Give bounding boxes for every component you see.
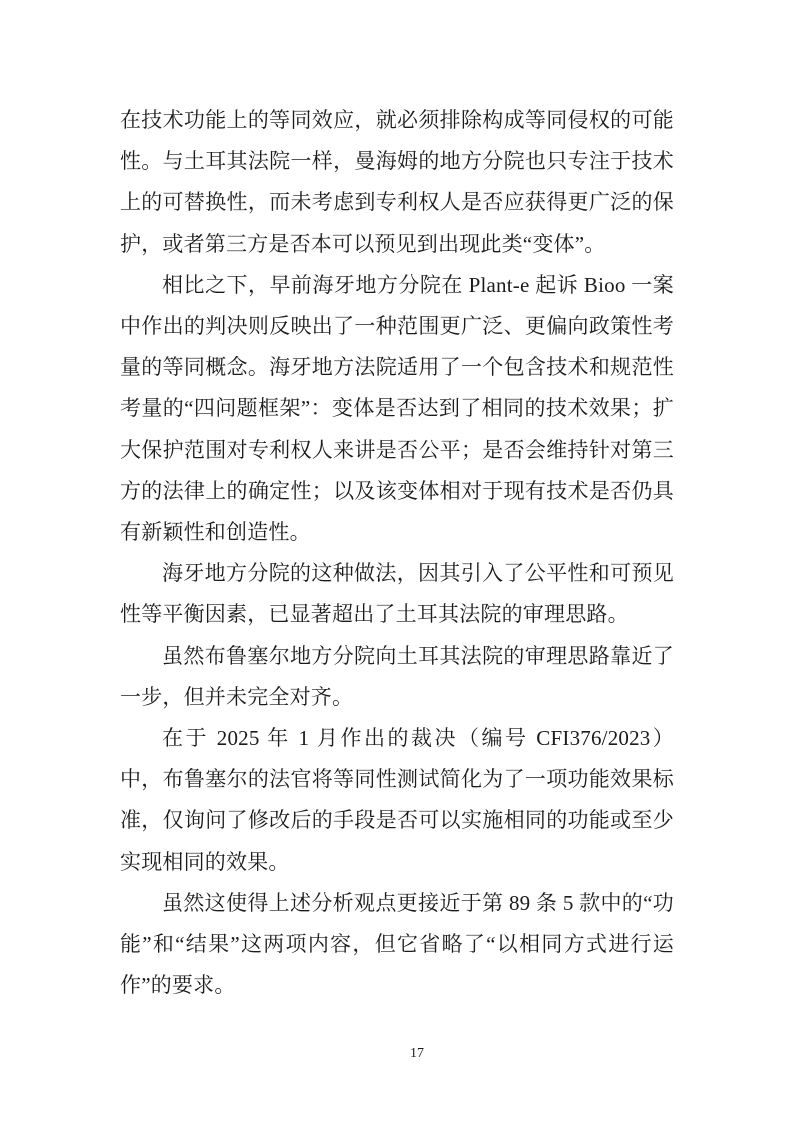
- paragraph-continuation: 在技术功能上的等同效应，就必须排除构成等同侵权的可能性。与土耳其法院一样，曼海姆…: [120, 100, 674, 265]
- page-footer: 17: [0, 1044, 793, 1062]
- paragraph: 虽然布鲁塞尔地方分院向土耳其法院的审理思路靠近了一步，但并未完全对齐。: [120, 636, 674, 718]
- document-text-block: 在技术功能上的等同效应，就必须排除构成等同侵权的可能性。与土耳其法院一样，曼海姆…: [120, 100, 674, 1006]
- document-page: 在技术功能上的等同效应，就必须排除构成等同侵权的可能性。与土耳其法院一样，曼海姆…: [0, 0, 793, 1122]
- paragraph: 在于 2025 年 1 月作出的裁决（编号 CFI376/2023）中，布鲁塞尔…: [120, 718, 674, 883]
- paragraph: 相比之下，早前海牙地方分院在 Plant-e 起诉 Bioo 一案中作出的判决则…: [120, 265, 674, 553]
- paragraph: 虽然这使得上述分析观点更接近于第 89 条 5 款中的“功能”和“结果”这两项内…: [120, 883, 674, 1007]
- paragraph: 海牙地方分院的这种做法，因其引入了公平性和可预见性等平衡因素，已显著超出了土耳其…: [120, 553, 674, 635]
- page-number: 17: [410, 1046, 424, 1061]
